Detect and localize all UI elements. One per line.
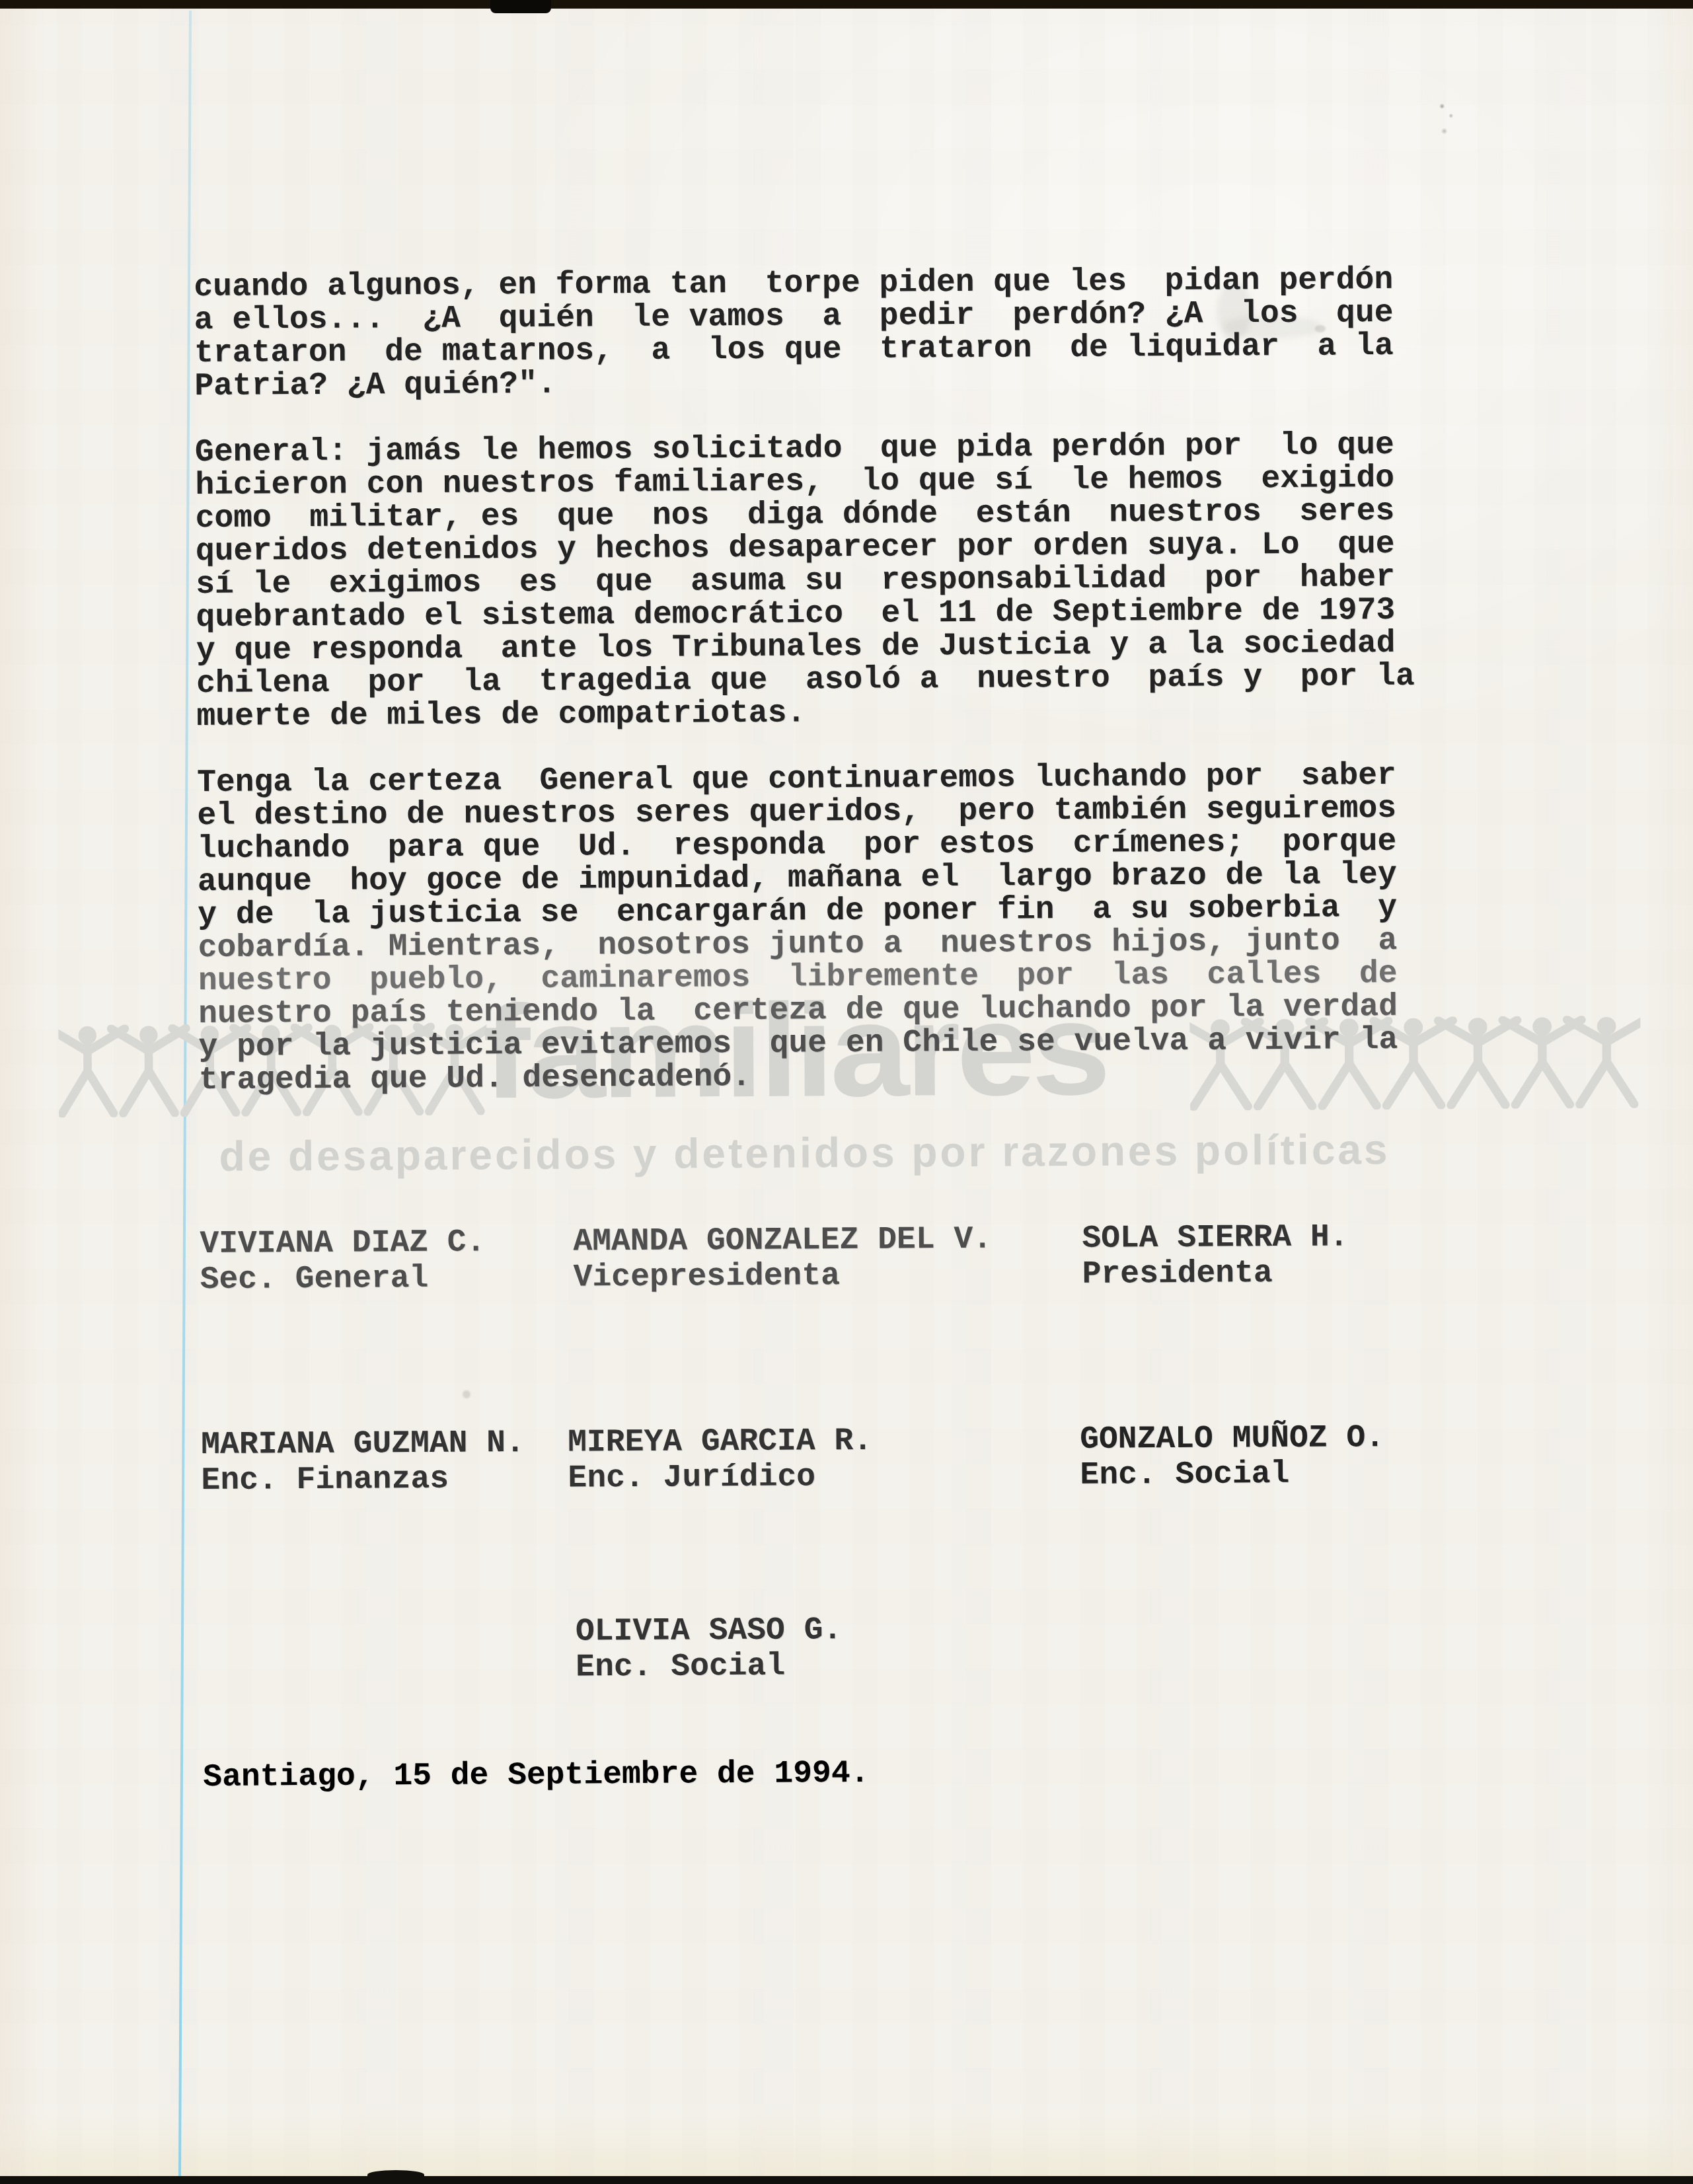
signatory-title: Sec. General xyxy=(200,1261,486,1297)
scan-edge-bottom-bump xyxy=(367,2170,424,2179)
letter-line: Patria? ¿A quién?". xyxy=(194,363,1413,403)
letter-paragraph: cuando algunos, en forma tan torpe piden… xyxy=(194,264,1413,403)
signature-block: MARIANA GUZMAN N.Enc. Finanzas xyxy=(201,1427,525,1497)
signature-blocks: VIVIANA DIAZ C.Sec. GeneralAMANDA GONZAL… xyxy=(0,0,1687,1)
signatory-title: Presidenta xyxy=(1082,1256,1349,1291)
signatory-title: Enc. Social xyxy=(576,1649,843,1684)
signature-block: OLIVIA SASO G.Enc. Social xyxy=(576,1614,843,1684)
letter-line: muerte de miles de compatriotas. xyxy=(196,693,1415,734)
signatory-name: MARIANA GUZMAN N. xyxy=(201,1427,525,1462)
dateline: Santiago, 15 de Septiembre de 1994. xyxy=(203,1757,869,1794)
signatory-name: VIVIANA DIAZ C. xyxy=(200,1226,485,1261)
signatory-title: Enc. Social xyxy=(1080,1457,1384,1492)
signature-block: SOLA SIERRA H.Presidenta xyxy=(1082,1221,1349,1291)
signatory-title: Enc. Finanzas xyxy=(201,1462,525,1497)
signatory-title: Vicepresidenta xyxy=(574,1259,993,1295)
signatory-name: SOLA SIERRA H. xyxy=(1082,1221,1349,1255)
signature-block: MIREYA GARCIA R.Enc. Jurídico xyxy=(568,1425,873,1495)
signatory-title: Enc. Jurídico xyxy=(568,1460,872,1495)
letter-line: tragedia que Ud. desencadenó. xyxy=(199,1057,1417,1097)
signature-block: AMANDA GONZALEZ DEL V.Vicepresidenta xyxy=(573,1223,992,1295)
watermark-subtitle: de desaparecidos y detenidos por razones… xyxy=(219,1113,1390,1193)
scanned-letter-page: { "document": { "watermark": { "word": "… xyxy=(0,0,1693,2184)
letter-paragraph: Tenga la certeza General que continuarem… xyxy=(197,759,1417,1097)
letter-line: trataron de matarnos, a los que trataron… xyxy=(194,330,1413,370)
signature-block: GONZALO MUÑOZ O.Enc. Social xyxy=(1080,1421,1385,1492)
letter-line: y por la justicia evitaremos que en Chil… xyxy=(198,1024,1417,1064)
signatory-name: OLIVIA SASO G. xyxy=(576,1614,843,1648)
signature-block: VIVIANA DIAZ C.Sec. General xyxy=(200,1226,486,1297)
letter-sheet: familiares de desaparecidos y detenidos … xyxy=(0,0,1693,2184)
signatory-name: AMANDA GONZALEZ DEL V. xyxy=(573,1223,992,1259)
signatory-name: GONZALO MUÑOZ O. xyxy=(1080,1421,1384,1456)
letter-line: chilena por la tragedia que asoló a nues… xyxy=(196,660,1415,700)
letter-body: cuando algunos, en forma tan torpe piden… xyxy=(194,264,1417,1097)
scan-edge-bottom-bar xyxy=(0,2176,1693,2184)
letter-paragraph: General: jamás le hemos solicitado que p… xyxy=(195,429,1415,734)
signatory-name: MIREYA GARCIA R. xyxy=(568,1425,872,1460)
